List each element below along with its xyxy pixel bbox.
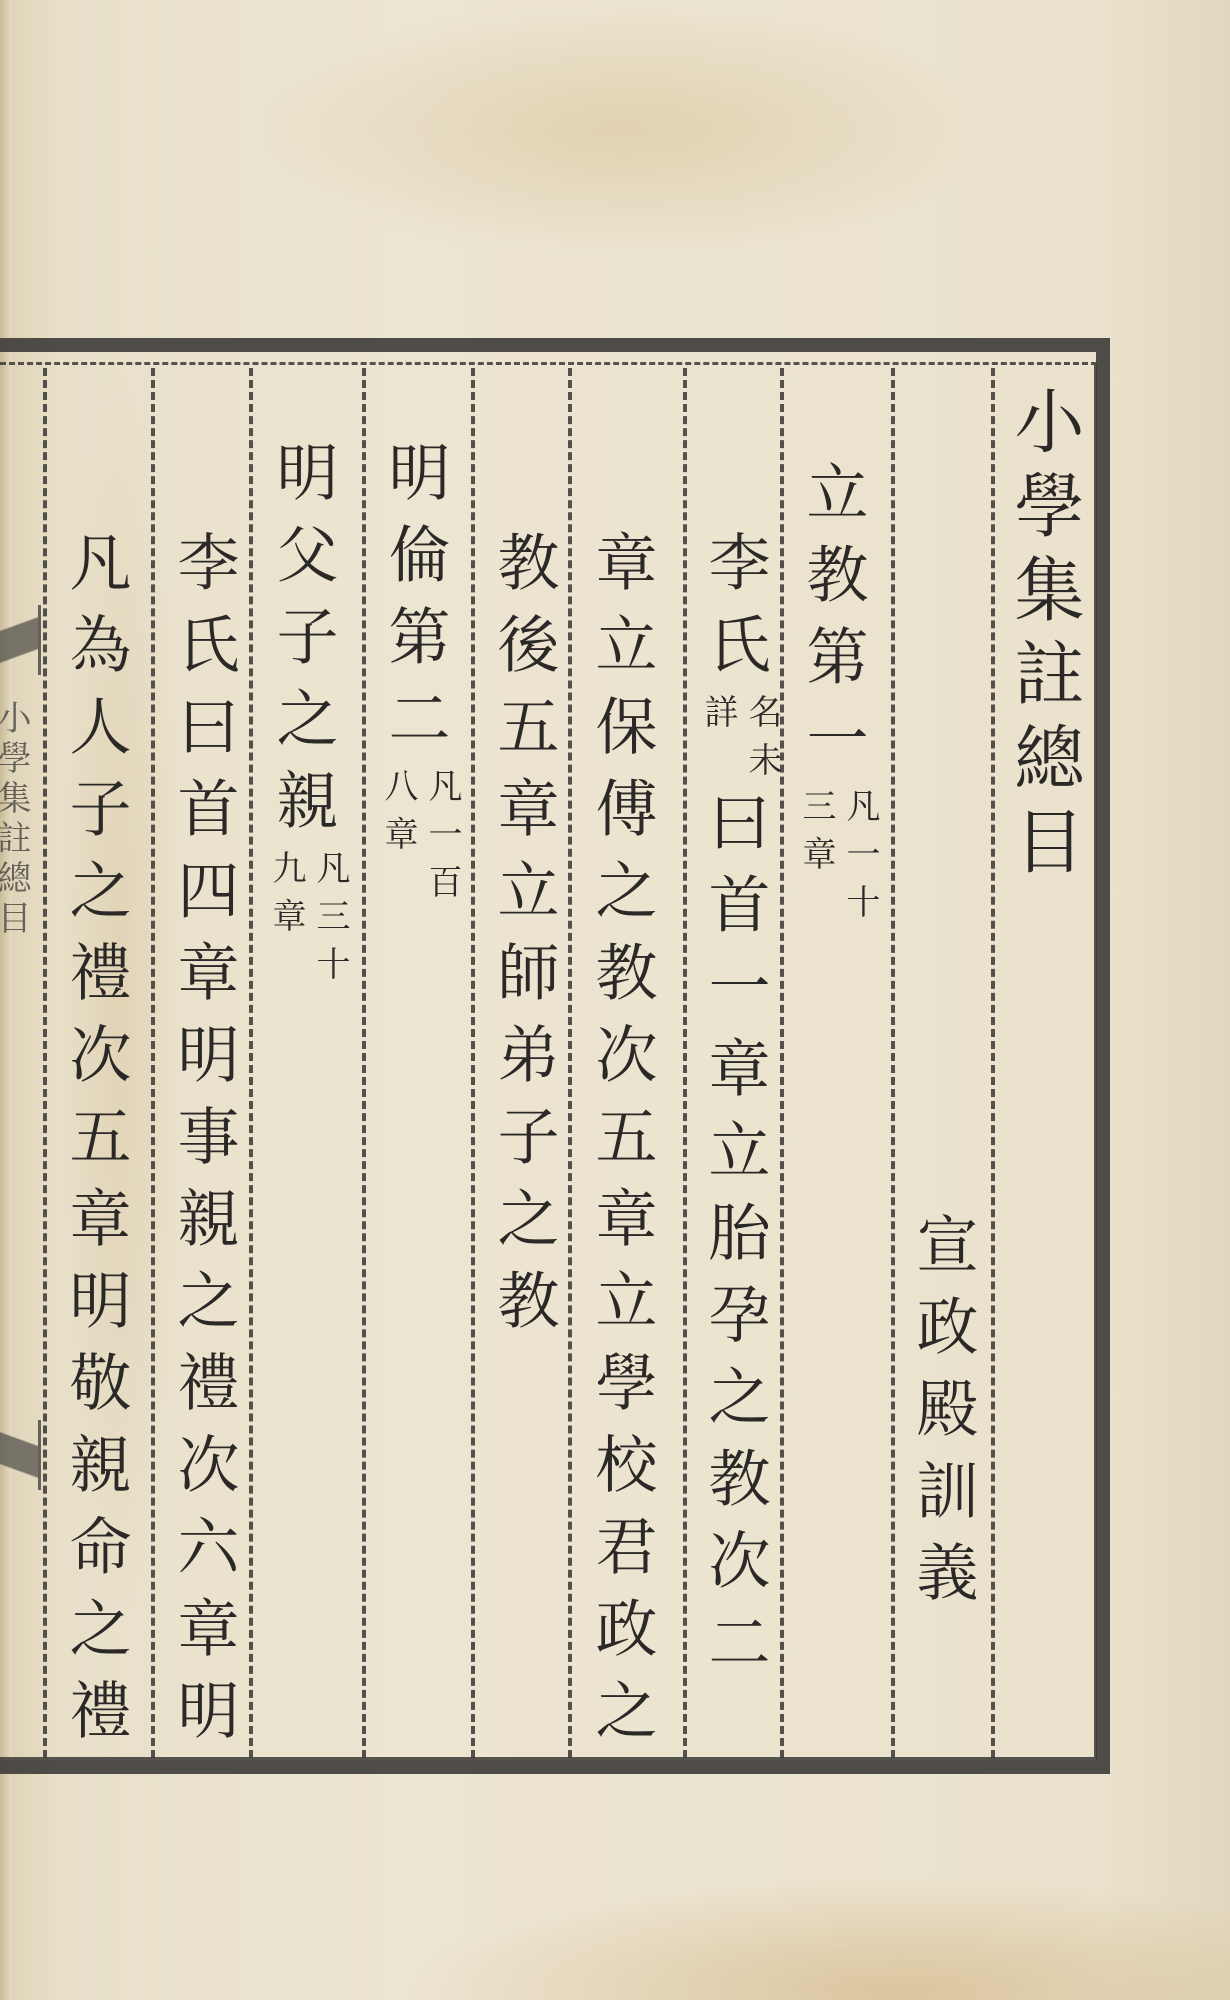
author-note: 名未詳 [696,694,784,790]
page-title: 小學集註總目 [994,385,1094,889]
attribution: 宣政殿訓義 [892,1212,992,1622]
commentary-line: 李氏名未詳曰首一章立胎孕之教次二 [684,530,784,1692]
chapter-heading-2: 明倫第二凡一百八章 [364,440,464,912]
commentary-line: 凡為人子之禮次五章明敬親命之禮 [45,530,145,1760]
chapter-count-note: 凡一百八章 [376,768,464,912]
chapter-count-note: 凡一十三章 [794,788,882,932]
commentary-line: 章立保傅之教次五章立學校君政之 [571,530,671,1760]
margin-title: 小學集註總目 [0,700,36,940]
lower-fishtail-mark [0,1420,41,1490]
section-count-note: 凡三十九章 [264,850,352,994]
commentary-line: 李氏曰首四章明事親之禮次六章明 [153,530,253,1760]
upper-fishtail-mark [0,605,41,675]
section-heading: 明父子之親凡三十九章 [252,440,352,994]
chapter-heading-1: 立教第一凡一十三章 [782,460,882,932]
commentary-line: 教後五章立師弟子之教 [473,530,573,1350]
